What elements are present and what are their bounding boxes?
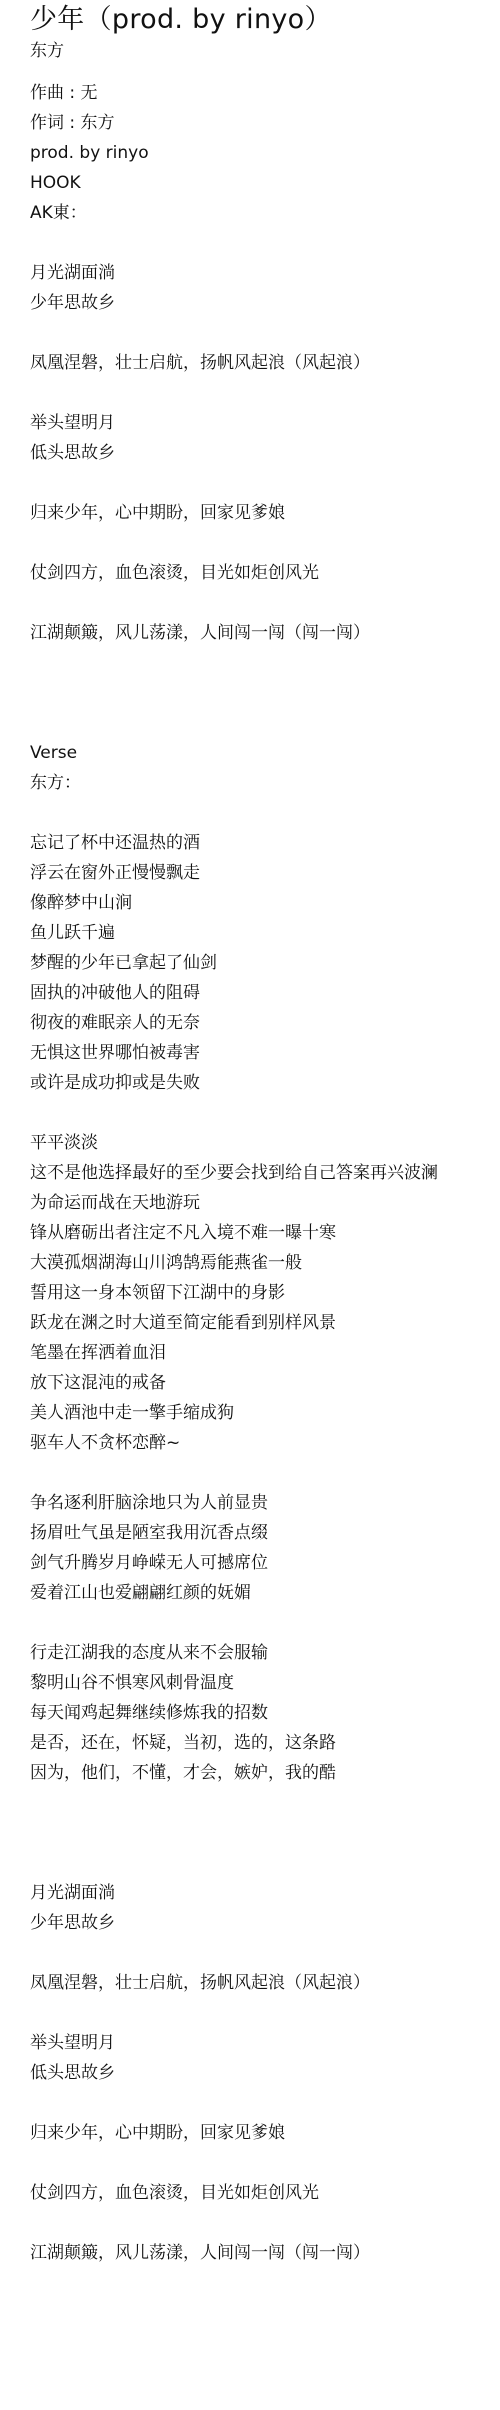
lyric-line: 笔墨在挥洒着血泪 xyxy=(30,1338,500,1368)
lyric-line: 是否，还在，怀疑，当初，选的，这条路 xyxy=(30,1728,500,1758)
lyric-line: 梦醒的少年已拿起了仙剑 xyxy=(30,948,500,978)
song-artist: 东方 xyxy=(30,38,500,64)
lyric-line: 作词 : 东方 xyxy=(30,108,500,138)
lyric-line: 扬眉吐气虽是陋室我用沉香点缀 xyxy=(30,1518,500,1548)
lyric-blank-line xyxy=(30,2088,500,2118)
lyric-line: 月光湖面淌 xyxy=(30,1878,500,1908)
lyric-blank-line xyxy=(30,2148,500,2178)
lyric-line: 驱车人不贪杯恋醉~ xyxy=(30,1428,500,1458)
lyric-line: 归来少年，心中期盼，回家见爹娘 xyxy=(30,2118,500,2148)
lyric-blank-line xyxy=(30,1998,500,2028)
lyric-line: 仗剑四方，血色滚烫，目光如炬创风光 xyxy=(30,558,500,588)
lyric-line: 行走江湖我的态度从来不会服输 xyxy=(30,1638,500,1668)
lyric-line: 每天闻鸡起舞继续修炼我的招数 xyxy=(30,1698,500,1728)
lyric-blank-line xyxy=(30,1608,500,1638)
lyric-line: 美人酒池中走一擎手缩成狗 xyxy=(30,1398,500,1428)
lyric-blank-line xyxy=(30,1818,500,1848)
lyric-line: 为命运而战在天地游玩 xyxy=(30,1188,500,1218)
lyric-line: 黎明山谷不惧寒风刺骨温度 xyxy=(30,1668,500,1698)
lyric-blank-line xyxy=(30,678,500,708)
lyric-line: 彻夜的难眠亲人的无奈 xyxy=(30,1008,500,1038)
lyric-line: 东方： xyxy=(30,768,500,798)
lyric-line: Verse xyxy=(30,738,500,768)
lyric-line: 举头望明月 xyxy=(30,2028,500,2058)
song-title: 少年（prod. by rinyo） xyxy=(30,0,500,38)
lyric-blank-line xyxy=(30,1458,500,1488)
lyric-blank-line xyxy=(30,648,500,678)
lyrics-page: 少年（prod. by rinyo） 东方 作曲 : 无作词 : 东方prod.… xyxy=(30,0,500,2268)
lyric-line: 或许是成功抑或是失败 xyxy=(30,1068,500,1098)
lyric-line: 浮云在窗外正慢慢飘走 xyxy=(30,858,500,888)
lyric-line: 忘记了杯中还温热的酒 xyxy=(30,828,500,858)
lyric-line: 争名逐利肝脑涂地只为人前显贵 xyxy=(30,1488,500,1518)
lyric-line: 鱼儿跃千遍 xyxy=(30,918,500,948)
lyric-blank-line xyxy=(30,1848,500,1878)
lyric-line: 固执的冲破他人的阻碍 xyxy=(30,978,500,1008)
lyric-blank-line xyxy=(30,468,500,498)
lyric-line: 跃龙在渊之时大道至简定能看到别样风景 xyxy=(30,1308,500,1338)
lyric-line: HOOK xyxy=(30,168,500,198)
lyric-blank-line xyxy=(30,228,500,258)
lyric-line: 爱着江山也爱翩翩红颜的妩媚 xyxy=(30,1578,500,1608)
lyric-line: 因为，他们，不懂，才会，嫉妒，我的酷 xyxy=(30,1758,500,1788)
lyric-blank-line xyxy=(30,708,500,738)
lyric-line: 凤凰涅磐，壮士启航，扬帆风起浪（风起浪） xyxy=(30,1968,500,1998)
lyric-line: 凤凰涅磐，壮士启航，扬帆风起浪（风起浪） xyxy=(30,348,500,378)
lyric-line: 放下这混沌的戒备 xyxy=(30,1368,500,1398)
lyric-line: 低头思故乡 xyxy=(30,2058,500,2088)
lyric-line: 这不是他选择最好的至少要会找到给自己答案再兴波澜 xyxy=(30,1158,500,1188)
lyric-blank-line xyxy=(30,588,500,618)
lyric-line: 低头思故乡 xyxy=(30,438,500,468)
lyric-line: AK東： xyxy=(30,198,500,228)
lyric-line: 像醉梦中山涧 xyxy=(30,888,500,918)
lyric-line: 锋从磨砺出者注定不凡入境不难一曝十寒 xyxy=(30,1218,500,1248)
lyric-line: 举头望明月 xyxy=(30,408,500,438)
lyric-blank-line xyxy=(30,798,500,828)
lyric-blank-line xyxy=(30,528,500,558)
lyric-line: 作曲 : 无 xyxy=(30,78,500,108)
lyric-blank-line xyxy=(30,2208,500,2238)
lyric-blank-line xyxy=(30,1098,500,1128)
lyric-blank-line xyxy=(30,1788,500,1818)
lyric-blank-line xyxy=(30,1938,500,1968)
lyric-line: 无惧这世界哪怕被毒害 xyxy=(30,1038,500,1068)
lyric-line: 江湖颠簸，风儿荡漾，人间闯一闯（闯一闯） xyxy=(30,2238,500,2268)
lyric-line: 誓用这一身本领留下江湖中的身影 xyxy=(30,1278,500,1308)
lyric-line: 月光湖面淌 xyxy=(30,258,500,288)
lyrics-body: 作曲 : 无作词 : 东方prod. by rinyoHOOKAK東：月光湖面淌… xyxy=(30,78,500,2268)
lyric-line: 大漠孤烟湖海山川鸿鹄焉能燕雀一般 xyxy=(30,1248,500,1278)
lyric-line: 归来少年，心中期盼，回家见爹娘 xyxy=(30,498,500,528)
lyric-blank-line xyxy=(30,318,500,348)
lyric-line: 少年思故乡 xyxy=(30,288,500,318)
lyric-line: 仗剑四方，血色滚烫，目光如炬创风光 xyxy=(30,2178,500,2208)
lyric-blank-line xyxy=(30,378,500,408)
lyric-line: 剑气升腾岁月峥嵘无人可撼席位 xyxy=(30,1548,500,1578)
lyric-line: 少年思故乡 xyxy=(30,1908,500,1938)
lyric-line: prod. by rinyo xyxy=(30,138,500,168)
lyric-line: 平平淡淡 xyxy=(30,1128,500,1158)
lyric-line: 江湖颠簸，风儿荡漾，人间闯一闯（闯一闯） xyxy=(30,618,500,648)
